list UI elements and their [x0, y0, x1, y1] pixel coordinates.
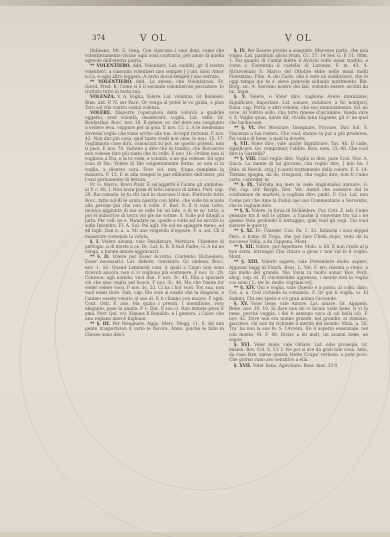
entry-headword: §. XVII. — [234, 364, 251, 369]
dictionary-entry: §. XVI. Voler male, vale Odiare. Lat. od… — [229, 343, 368, 364]
dictionary-entry: §. IV. Per Essere pronto a eseguire. Muo… — [229, 49, 368, 95]
dictionary-entry: §. VII. Voler dire, vale anche Significa… — [229, 142, 368, 157]
dictionary-entry: §. XV. Voler bene, vale Amore. Lat. amar… — [229, 302, 368, 343]
entry-text: Voler bene, vale Amore. Lat. amare. Gr. … — [229, 302, 368, 343]
dictionary-entry: §. XVII. Voler bene, Agevolare. Boss. mu… — [229, 364, 368, 369]
dictionary-entry: ** §. X. Volere, in forza di Richiedere,… — [229, 209, 368, 230]
left-column: tibbeano, Mr. S. Greg. Con ciascuno i su… — [85, 49, 224, 338]
entry-text: tibbeano, Mr. S. Greg. Con ciascuno i su… — [85, 49, 224, 64]
dictionary-entry: ** §. XI. Fo. Chieder. Coa. Pa. 1. 32. I… — [229, 229, 368, 244]
dictionary-entry: ** §. III. Per Bisognare. Aggs. Merc. Mo… — [85, 322, 224, 337]
entry-text: Volere, e Voler dire, vagliono Avere int… — [229, 95, 368, 126]
dictionary-entry: ** §. VI. Per Mostrare, Insegnare, Prova… — [229, 126, 368, 141]
page-header: 374 V OL V OL — [90, 34, 375, 48]
entry-text: Volere alcuna, vale Desiderare, Meritare… — [85, 240, 224, 255]
dictionary-entry: ** §. XII. Volere, per Aspettare. Molo. … — [229, 245, 368, 260]
page-top-edge — [0, 0, 390, 6]
running-head-right: V OL — [285, 34, 312, 44]
entry-text: Voler dire, vale anche Significare. Tav.… — [229, 142, 368, 157]
right-column: §. IV. Per Essere pronto a eseguire. Muo… — [229, 49, 368, 369]
dictionary-entry: ** §. XIII. Volerlo sapere, vale Pretend… — [229, 260, 368, 286]
dictionary-entry: Fr. G. Marco, Brevi Preti. E sel'oggetto… — [85, 183, 224, 240]
dictionary-entry: ** §. XIV. Qui e voglia, vale Questo e a… — [229, 286, 368, 301]
page-number: 374 — [92, 34, 105, 42]
running-head-left: V OL — [140, 34, 167, 44]
book-page: 374 V OL V OL tibbeano, Mr. S. Greg. Con… — [0, 0, 390, 537]
dictionary-entry: ** §. IX. Talvolta ma men in vede Anglom… — [229, 183, 368, 209]
dictionary-entry: ** VOLENTIERO. Add. La stessa, che Volon… — [85, 80, 224, 95]
entry-text: Fr. G. Marco, Brevi Preti. E sel'oggetto… — [85, 183, 224, 240]
entry-text: Voler bene, Agevolare. Boss. mur. 33 9. — [253, 364, 339, 369]
entry-text: Disporre l'operazioni della volontà a qu… — [85, 111, 224, 183]
dictionary-entry: ** §. II. Volere per Esser Accetto, Cont… — [85, 255, 224, 322]
dictionary-entry: VOLENZA. V. A. Voglia, Volere. Lat. volu… — [85, 95, 224, 110]
dictionary-entry: §. V. Volere, e Voler dire, vagliono Ave… — [229, 95, 368, 126]
entry-text: Per Essere pronto a eseguire. Muovere pa… — [229, 49, 368, 95]
dictionary-entry: §. I. Volere alcuna, vale Desiderare, Me… — [85, 240, 224, 255]
dictionary-entry: ** §. VIII. Così voglio dire, Voglio io … — [229, 157, 368, 183]
dictionary-entry: tibbeano, Mr. S. Greg. Con ciascuno i su… — [85, 49, 224, 64]
page-bottom-edge — [0, 532, 390, 537]
entry-text: Volere per Esser Accetto, Contento, Rich… — [85, 255, 224, 322]
entry-text: Volere, in forza di Richiedere, Pur. Cot… — [229, 209, 368, 229]
dictionary-entry: ** VOLENTIERO. Add. Volontieri. Lat. sud… — [85, 64, 224, 79]
dictionary-entry: VOLERE. Disporre l'operazioni della volo… — [85, 111, 224, 183]
